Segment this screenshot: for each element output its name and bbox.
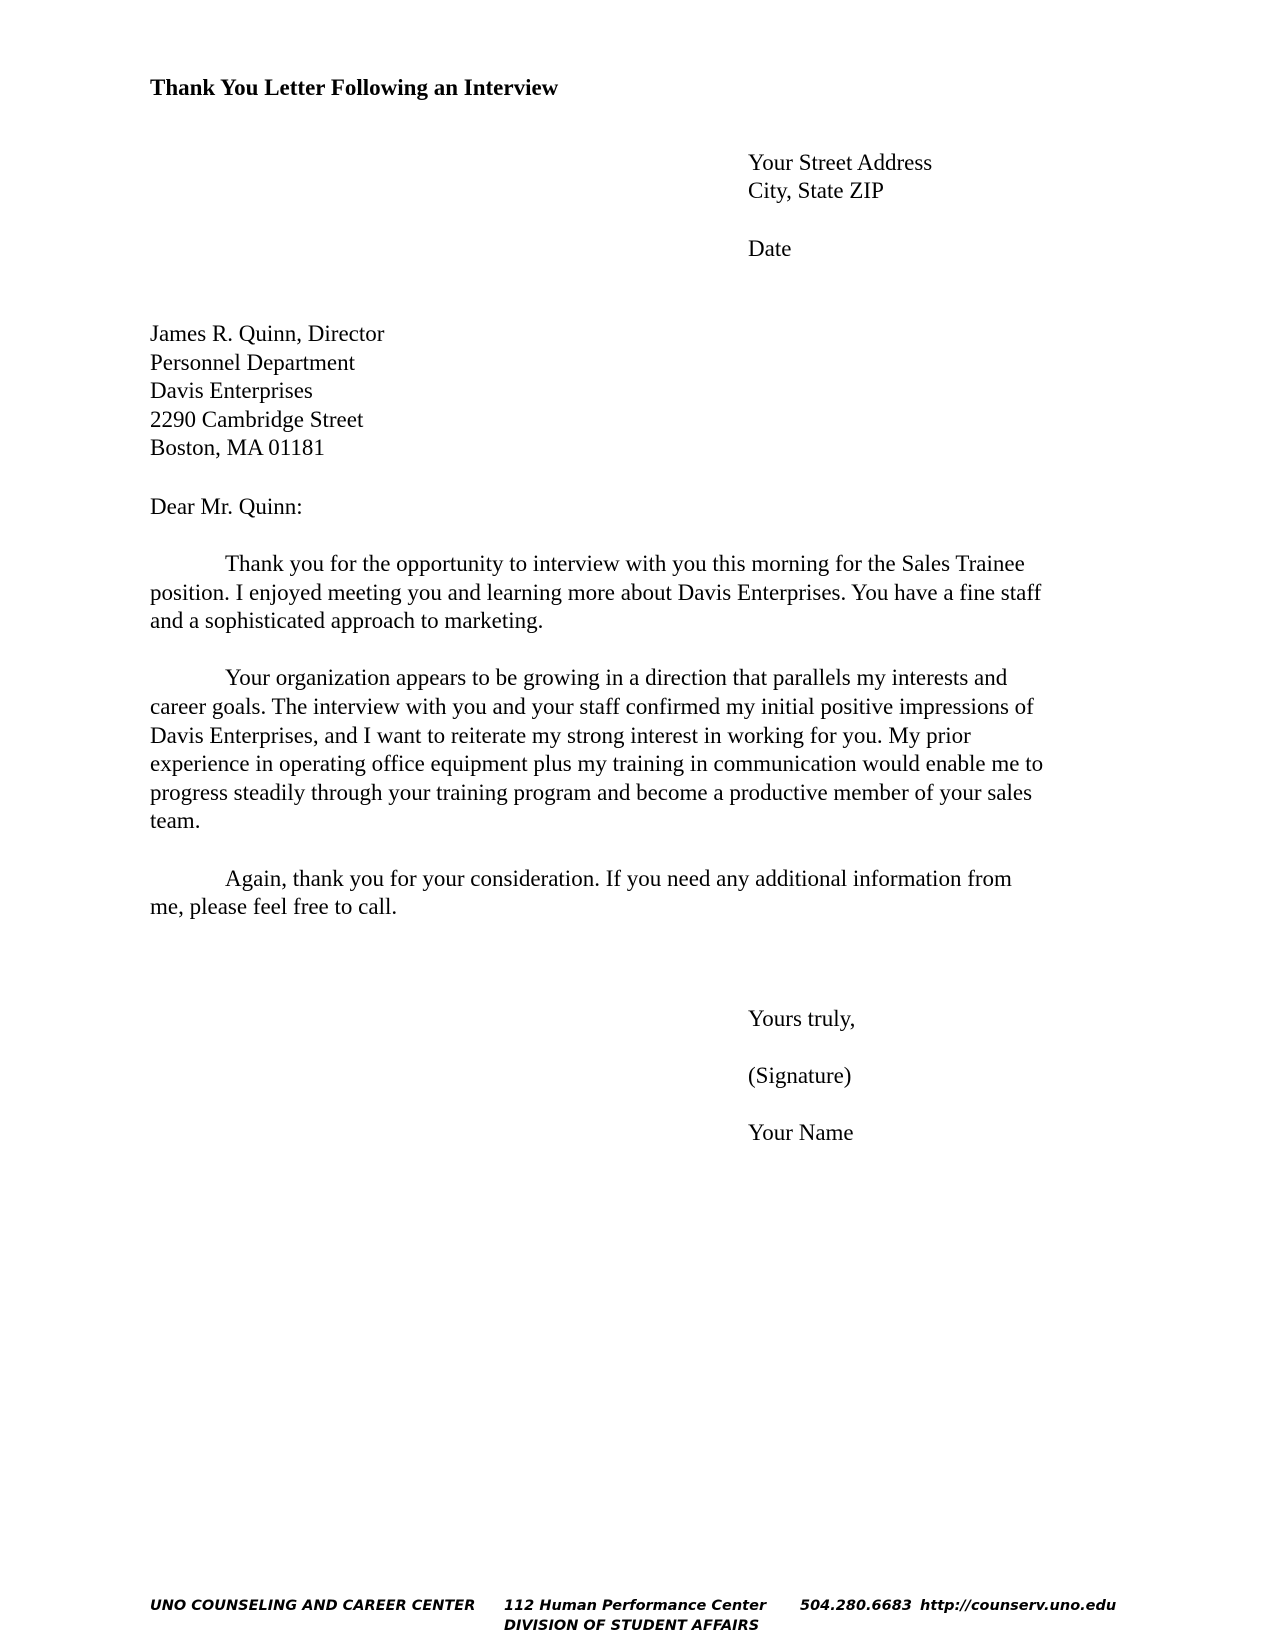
recipient-address: James R. Quinn, Director Personnel Depar…: [150, 320, 384, 463]
signature-placeholder: (Signature): [748, 1062, 855, 1090]
sender-street: Your Street Address: [748, 149, 932, 177]
recipient-street: 2290 Cambridge Street: [150, 406, 384, 435]
footer-url-link[interactable]: http://counserv.uno.edu: [920, 1596, 1116, 1616]
body-paragraph: Again, thank you for your consideration.…: [150, 865, 1050, 922]
letter-date: Date: [748, 235, 791, 263]
recipient-city-state-zip: Boston, MA 01181: [150, 434, 384, 463]
footer-phone: 504.280.6683: [800, 1596, 912, 1616]
body-paragraph: Thank you for the opportunity to intervi…: [150, 550, 1050, 636]
footer-address-block: 112 Human Performance Center DIVISION OF…: [504, 1596, 766, 1636]
footer-address: 112 Human Performance Center: [504, 1596, 766, 1616]
footer-organization: UNO COUNSELING AND CAREER CENTER: [150, 1596, 475, 1616]
recipient-company: Davis Enterprises: [150, 377, 384, 406]
recipient-name-title: James R. Quinn, Director: [150, 320, 384, 349]
sender-name: Your Name: [748, 1119, 855, 1147]
footer-division: DIVISION OF STUDENT AFFAIRS: [504, 1616, 766, 1636]
document-title: Thank You Letter Following an Interview: [150, 74, 558, 102]
letter-page: Thank You Letter Following an Interview …: [0, 0, 1275, 1650]
sender-city-state-zip: City, State ZIP: [748, 177, 932, 205]
recipient-department: Personnel Department: [150, 349, 384, 378]
salutation: Dear Mr. Quinn:: [150, 493, 303, 521]
letter-closing: Yours truly, (Signature) Your Name: [748, 1005, 855, 1176]
letter-body: Thank you for the opportunity to intervi…: [150, 550, 1050, 950]
body-paragraph: Your organization appears to be growing …: [150, 664, 1050, 836]
sender-address: Your Street Address City, State ZIP: [748, 149, 932, 205]
valediction: Yours truly,: [748, 1005, 855, 1033]
